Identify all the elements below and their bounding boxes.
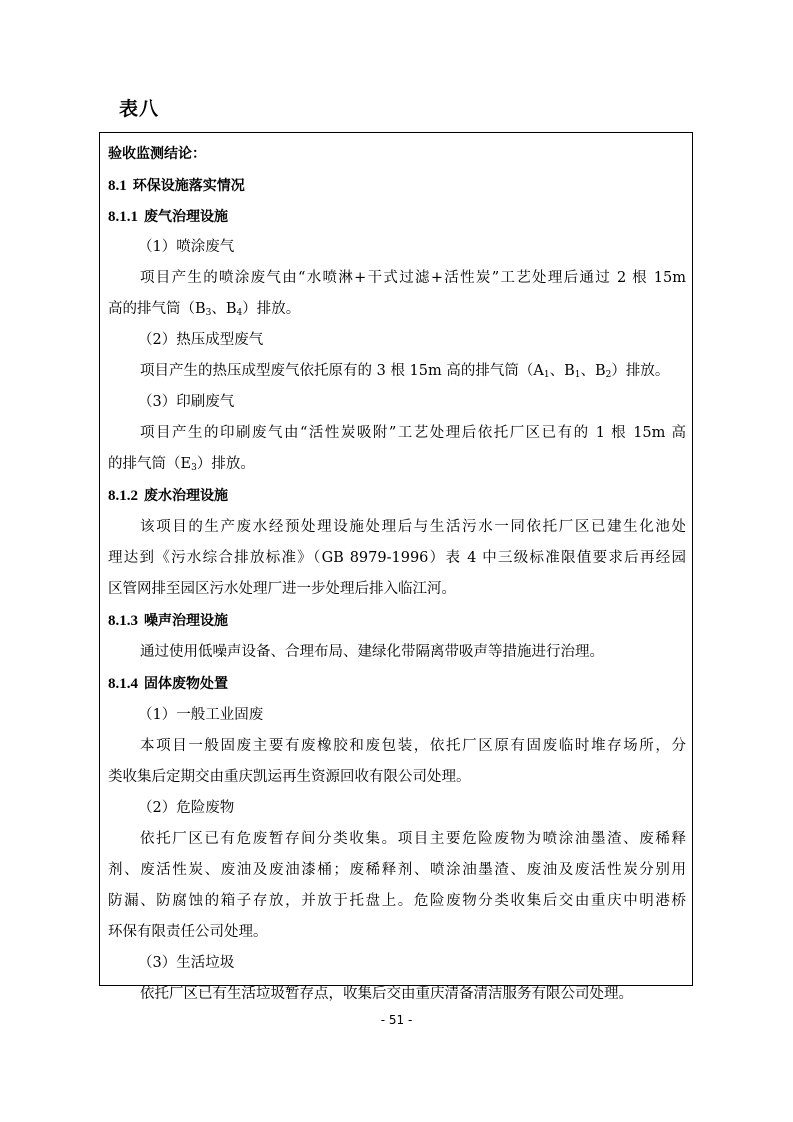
general-waste-label: （1）一般工业固废 bbox=[108, 700, 686, 731]
general-waste-text-2: 类收集后定期交由重庆凯运再生资源回收有限公司处理。 bbox=[108, 762, 686, 793]
table-title: 表八 bbox=[119, 94, 159, 121]
print-exhaust-text-1: 项目产生的印刷废气由“活性炭吸附”工艺处理后依托厂区已有的 1 根 15m 高 bbox=[108, 418, 686, 449]
print-exhaust-label: （3）印刷废气 bbox=[108, 387, 686, 418]
conclusion-heading: 验收监测结论： bbox=[108, 139, 686, 170]
conclusion-table-box: 验收监测结论： 8.1环保设施落实情况 8.1.1废气治理设施 （1）喷涂废气 … bbox=[99, 132, 693, 986]
text-fragment: 的排气筒（E bbox=[108, 456, 191, 472]
section-8-1-4-heading: 8.1.4固体废物处置 bbox=[108, 669, 686, 700]
section-number: 8.1.4 bbox=[108, 676, 138, 692]
hazardous-waste-label: （2）危险废物 bbox=[108, 793, 686, 824]
text-fragment: 、B bbox=[550, 363, 575, 379]
text-fragment: ）排放。 bbox=[611, 363, 669, 379]
hazardous-waste-text-3: 防漏、防腐蚀的箱子存放，并放于托盘上。危险废物分类收集后交由重庆中明港桥 bbox=[108, 886, 686, 917]
page-number: - 51 - bbox=[0, 1013, 793, 1027]
hazardous-waste-text-4: 环保有限责任公司处理。 bbox=[108, 917, 686, 948]
section-title: 废水治理设施 bbox=[144, 488, 228, 504]
print-exhaust-text-2: 的排气筒（E3）排放。 bbox=[108, 449, 686, 480]
text-fragment: 高的排气筒（B bbox=[108, 301, 206, 317]
hazardous-waste-text-2: 剂、废活性炭、废油及废油漆桶；废稀释剂、喷涂油墨渣、废油及废活性炭分别用 bbox=[108, 855, 686, 886]
wastewater-text-2: 理达到《污水综合排放标准》（GB 8979-1996）表 4 中三级标准限值要求… bbox=[108, 543, 686, 574]
section-number: 8.1.1 bbox=[108, 209, 138, 225]
text-fragment: 项目产生的热压成型废气依托原有的 3 根 15m 高的排气筒（A bbox=[140, 363, 544, 379]
section-8-1-2-heading: 8.1.2废水治理设施 bbox=[108, 481, 686, 512]
spray-exhaust-text-2: 高的排气筒（B3、B4）排放。 bbox=[108, 294, 686, 325]
section-8-1-heading: 8.1环保设施落实情况 bbox=[108, 171, 686, 202]
hotpress-exhaust-label: （2）热压成型废气 bbox=[108, 325, 686, 356]
wastewater-text-3: 区管网排至园区污水处理厂进一步处理后排入临江河。 bbox=[108, 574, 686, 605]
section-number: 8.1.2 bbox=[108, 488, 138, 504]
section-title: 固体废物处置 bbox=[144, 676, 228, 692]
section-8-1-1-heading: 8.1.1废气治理设施 bbox=[108, 202, 686, 233]
spray-exhaust-label: （1）喷涂废气 bbox=[108, 232, 686, 263]
hotpress-exhaust-text: 项目产生的热压成型废气依托原有的 3 根 15m 高的排气筒（A1、B1、B2）… bbox=[108, 356, 686, 387]
text-fragment: ）排放。 bbox=[197, 456, 255, 472]
text-fragment: ）排放。 bbox=[242, 301, 300, 317]
domestic-waste-text: 依托厂区已有生活垃圾暂存点，收集后交由重庆清备清洁服务有限公司处理。 bbox=[108, 979, 686, 1010]
spray-exhaust-text-1: 项目产生的喷涂废气由“水喷淋+干式过滤+活性炭”工艺处理后通过 2 根 15m bbox=[108, 263, 686, 294]
text-fragment: 、B bbox=[580, 363, 605, 379]
section-8-1-3-heading: 8.1.3噪声治理设施 bbox=[108, 606, 686, 637]
general-waste-text-1: 本项目一般固废主要有废橡胶和废包装，依托厂区原有固废临时堆存场所，分 bbox=[108, 731, 686, 762]
hazardous-waste-text-1: 依托厂区已有危废暂存间分类收集。项目主要危险废物为喷涂油墨渣、废稀释 bbox=[108, 824, 686, 855]
section-number: 8.1.3 bbox=[108, 613, 138, 629]
section-number: 8.1 bbox=[108, 178, 127, 194]
domestic-waste-label: （3）生活垃圾 bbox=[108, 948, 686, 979]
text-fragment: 、B bbox=[211, 301, 236, 317]
section-title: 废气治理设施 bbox=[144, 209, 228, 225]
noise-text: 通过使用低噪声设备、合理布局、建绿化带隔离带吸声等措施进行治理。 bbox=[108, 637, 686, 668]
section-title: 环保设施落实情况 bbox=[133, 178, 245, 194]
wastewater-text-1: 该项目的生产废水经预处理设施处理后与生活污水一同依托厂区已建生化池处 bbox=[108, 512, 686, 543]
section-title: 噪声治理设施 bbox=[144, 613, 228, 629]
